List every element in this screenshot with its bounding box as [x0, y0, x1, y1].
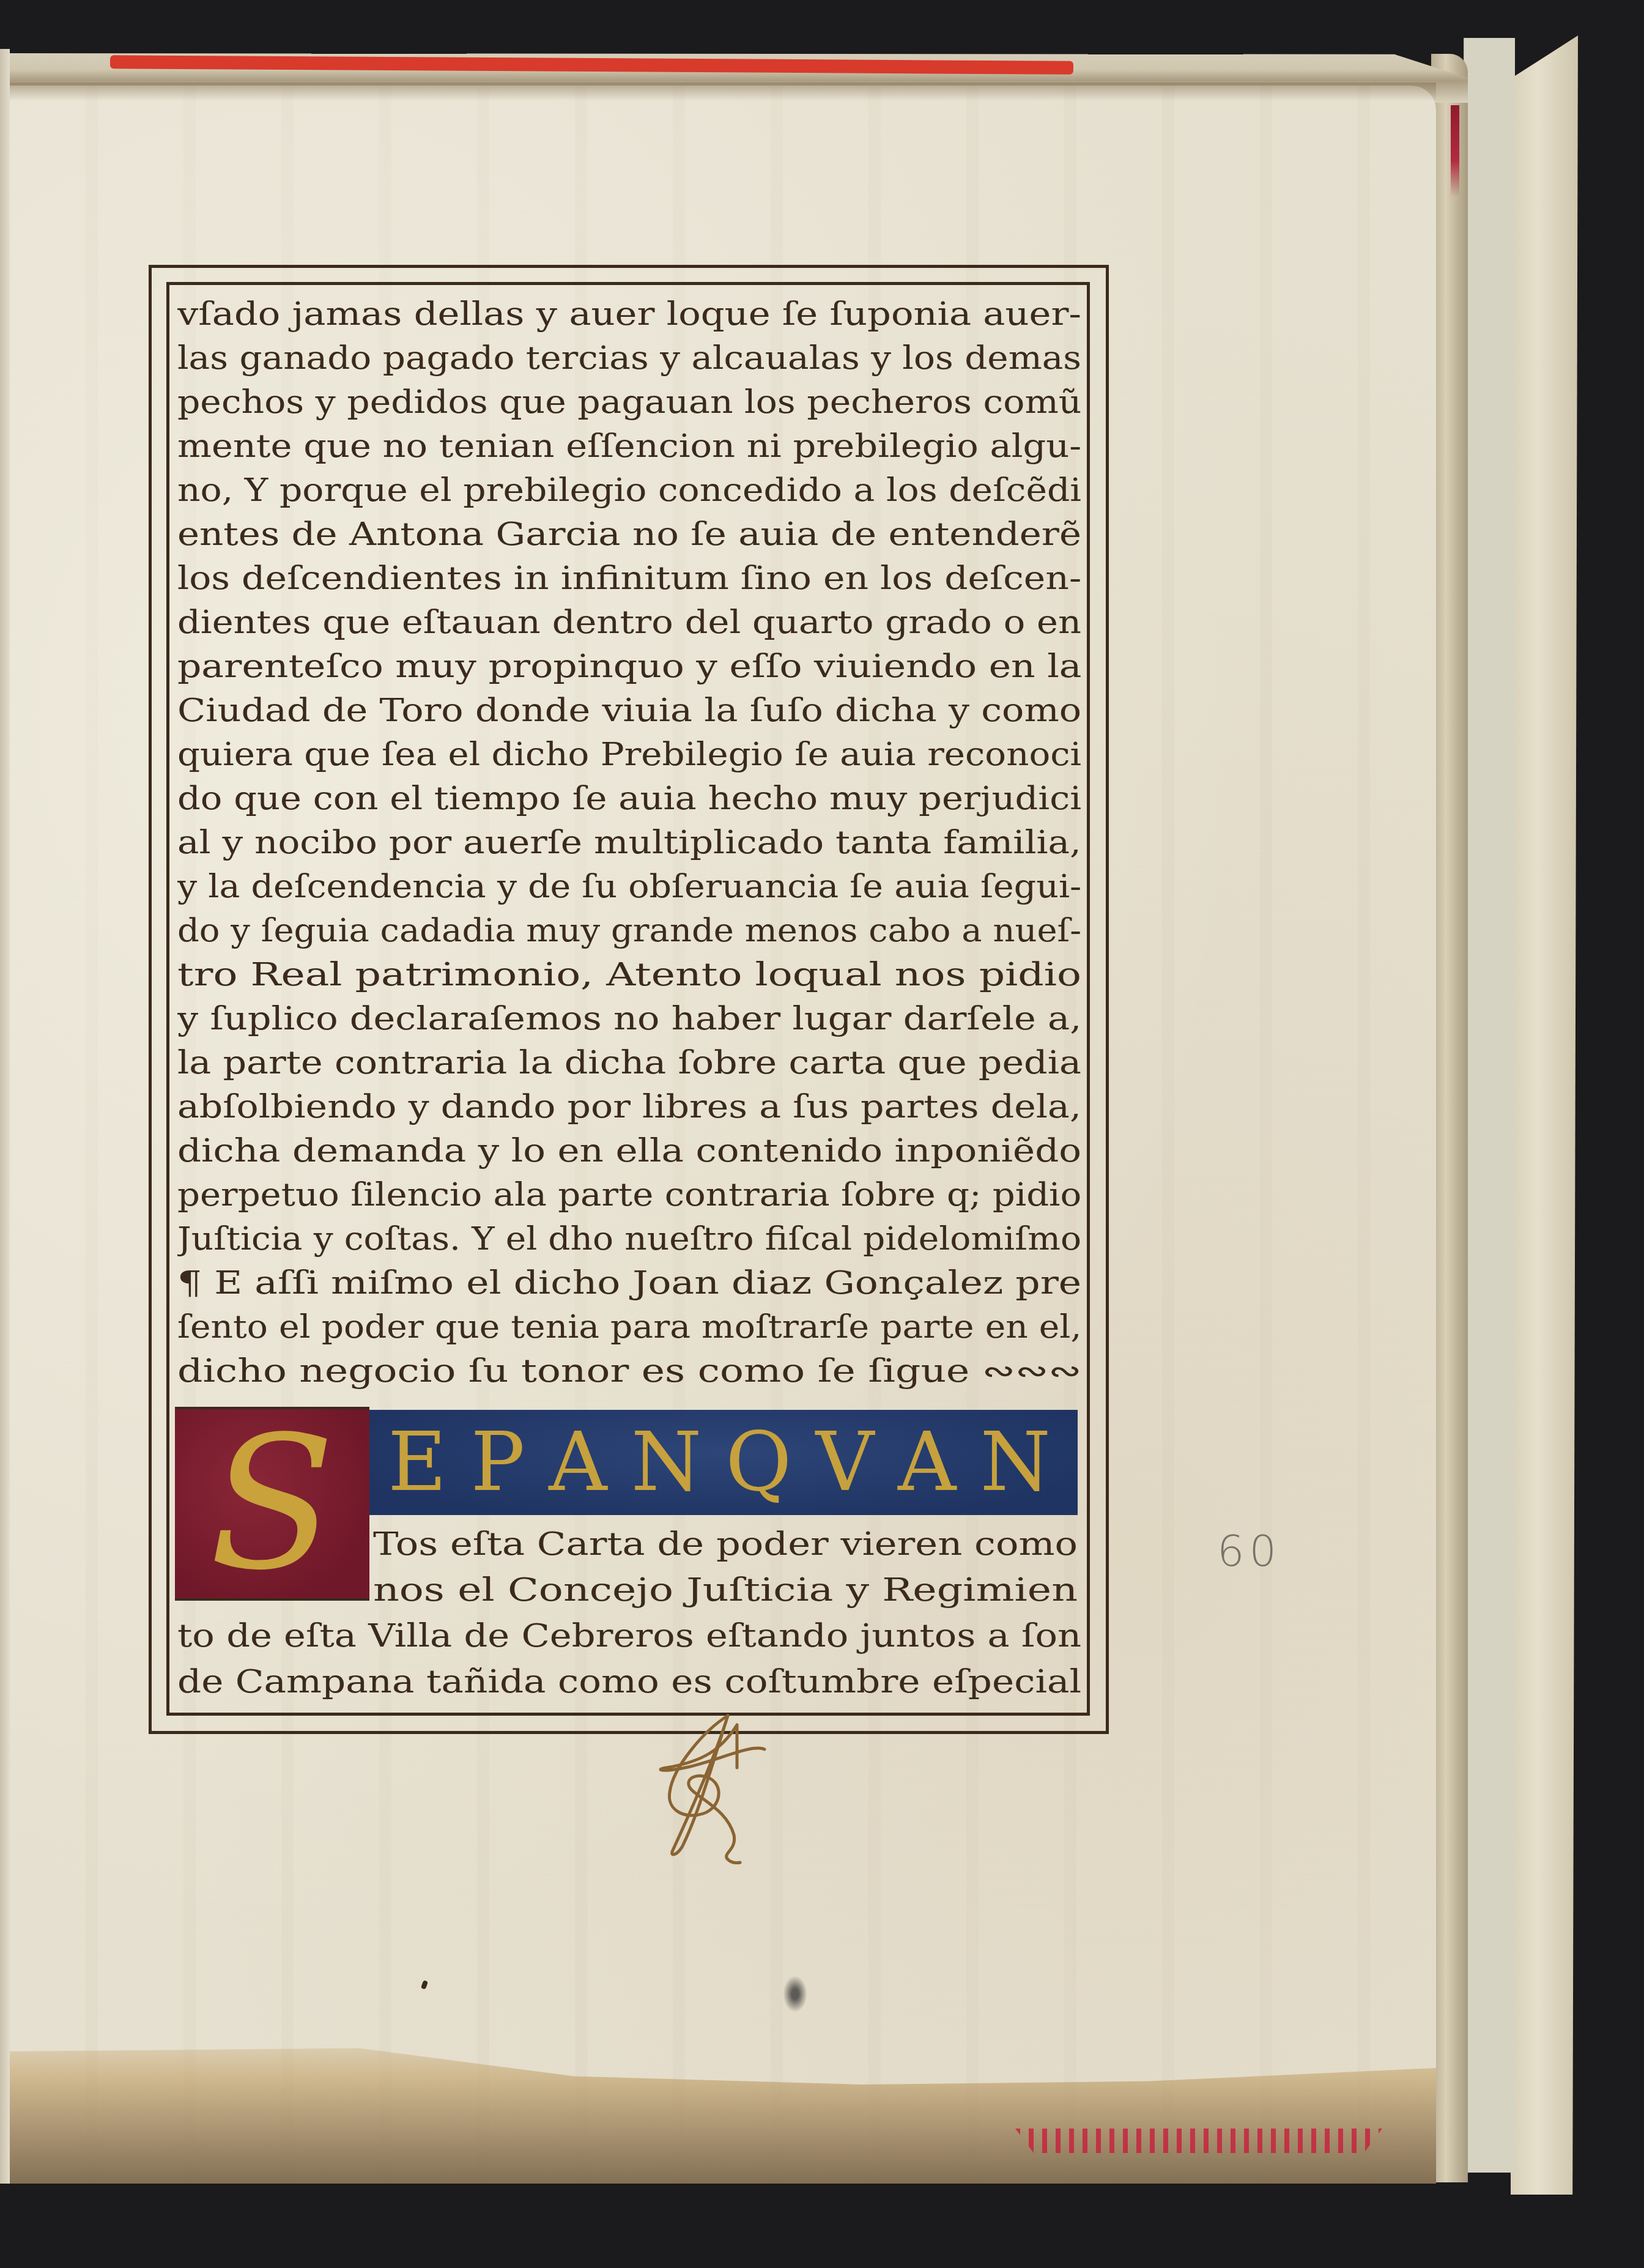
pencil-folio-number: 60 — [1217, 1526, 1281, 1576]
illuminated-initial-s: S — [175, 1409, 369, 1598]
text-line: tro Real patrimonio, Atento loqual nos p… — [177, 953, 1081, 997]
text-line: do y ſeguia cadadia muy grande menos cab… — [177, 909, 1081, 953]
heading-letter: A — [898, 1415, 958, 1510]
text-line: do que con el tiempo ſe auia hecho muy p… — [177, 777, 1081, 821]
text-line: no, Y porque el prebilegio concedido a l… — [177, 469, 1081, 513]
ink-blot — [783, 1976, 807, 2012]
signature-rubric-icon — [636, 1707, 771, 1866]
text-line: entes de Antona Garcia no ſe auia de ent… — [177, 513, 1081, 557]
red-edge-marking — [1451, 105, 1459, 197]
text-line: parenteſco muy propinquo y eſſo viuiendo… — [177, 645, 1081, 689]
text-line: los deſcendientes in infinitum ſino en l… — [177, 557, 1081, 601]
text-beside-initial: Tos eſta Carta de poder vieren como nos … — [373, 1522, 1078, 1614]
text-line: pechos y pedidos que pagauan los pechero… — [177, 380, 1081, 424]
text-line: la parte contraria la dicha ſobre carta … — [177, 1041, 1081, 1085]
text-line: abſolbiendo y dando por libres a ſus par… — [177, 1085, 1081, 1129]
text-line: quiera que ſea el dicho Prebilegio ſe au… — [177, 733, 1081, 777]
text-line: Tos eſta Carta de poder vieren como — [373, 1522, 1078, 1568]
text-line: y ſuplico declaraſemos no haber lugar da… — [177, 997, 1081, 1041]
page-stack-edge — [1431, 54, 1468, 2182]
illuminated-initial-box: S — [175, 1407, 369, 1601]
text-line: Juſticia y coſtas. Y el dho nueſtro fiſc… — [177, 1217, 1081, 1261]
text-line: las ganado pagado tercias y alcaualas y … — [177, 336, 1081, 380]
text-line: dientes que eſtauan dentro del quarto gr… — [177, 601, 1081, 645]
heading-letter: A — [549, 1415, 609, 1510]
text-line: y la deſcendencia y de ſu obſeruancia ſe… — [177, 865, 1081, 909]
text-line: mente que no tenian eſſencion ni prebile… — [177, 424, 1081, 469]
main-text-block: vſado jamas dellas y auer loque ſe ſupon… — [177, 292, 1081, 1393]
heading-letter: N — [631, 1415, 705, 1510]
illuminated-heading-band: E P A N Q V A N — [369, 1410, 1078, 1515]
text-line: nos el Concejo Juſticia y Regimien — [373, 1568, 1078, 1614]
text-line: ¶ E aſſi miſmo el dicho Joan diaz Gonçal… — [177, 1261, 1081, 1305]
text-line: perpetuo ſilencio ala parte contraria ſo… — [177, 1173, 1081, 1217]
inserted-sheet-edge — [1464, 38, 1515, 2173]
vellum-cover-flap — [1511, 35, 1578, 2195]
heading-letter: Q — [725, 1415, 794, 1510]
heading-letter: E — [388, 1415, 449, 1510]
text-line: vſado jamas dellas y auer loque ſe ſupon… — [177, 292, 1081, 336]
heading-letter: V — [816, 1415, 876, 1510]
manuscript-scene: vſado jamas dellas y auer loque ſe ſupon… — [0, 0, 1644, 2268]
water-stain-top — [0, 83, 1436, 101]
heading-letter: P — [470, 1415, 527, 1510]
text-line: Ciudad de Toro donde viuia la ſuſo dicha… — [177, 689, 1081, 733]
heading-letter: N — [980, 1415, 1053, 1510]
text-below-initial: to de eſta Villa de Cebreros eſtando jun… — [177, 1614, 1081, 1705]
text-line: dicho negocio ſu tonor es como ſe ſigue … — [177, 1349, 1081, 1393]
text-line: al y nocibo por auerſe multiplicado tant… — [177, 821, 1081, 865]
text-line: to de eſta Villa de Cebreros eſtando jun… — [177, 1614, 1081, 1659]
binding-gutter — [0, 49, 10, 2184]
red-bottom-edge-marking — [1015, 2129, 1382, 2153]
text-line: ſento el poder que tenia para moſtrarſe … — [177, 1305, 1081, 1349]
text-line: dicha demanda y lo en ella contenido inp… — [177, 1129, 1081, 1173]
text-line: de Campana tañida como es coſtumbre eſpe… — [177, 1659, 1081, 1705]
